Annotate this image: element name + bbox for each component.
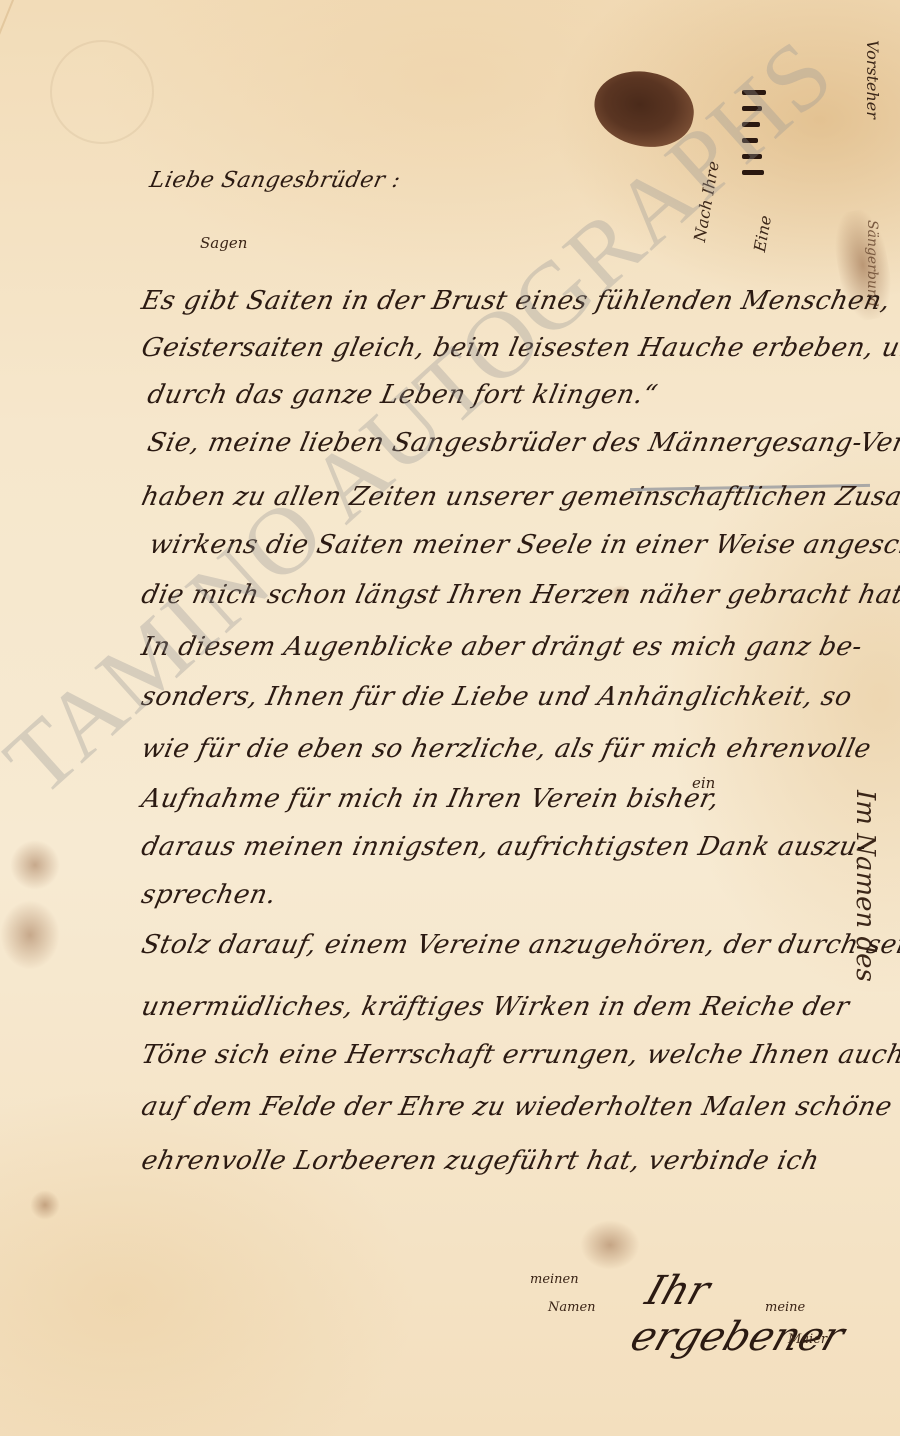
body-line: unermüdliches, kräftiges Wirken in dem R…: [139, 992, 852, 1022]
closing-word: Namen: [548, 1300, 596, 1315]
body-line: Sie, meine lieben Sangesbrüder des Männe…: [145, 428, 900, 458]
margin-note-eine: Eine: [750, 214, 775, 253]
stain: [0, 900, 60, 970]
body-line: Aufnahme für mich in Ihren Verein bisher…: [139, 784, 722, 814]
margin-note-nach-ihre: Nach Ihre: [690, 160, 723, 244]
body-line: die mich schon längst Ihren Herzen näher…: [139, 580, 900, 610]
salutation: Liebe Sangesbrüder :: [147, 168, 403, 193]
body-line: durch das ganze Leben fort klingen.“: [145, 380, 660, 410]
closing-word: meinen: [530, 1272, 579, 1287]
letter-page: Vorsteher Nach Ihre Eine Sängerbund Im N…: [0, 0, 900, 1436]
interlinear-note: Sagen: [200, 234, 247, 252]
tally-marks: [742, 90, 766, 186]
closing-word: meine: [765, 1300, 805, 1315]
body-line: haben zu allen Zeiten unserer gemeinscha…: [139, 482, 900, 512]
margin-note-vorsteher: Vorsteher: [863, 40, 882, 119]
ink-blot: [588, 64, 699, 154]
body-line: Stolz darauf, einem Vereine anzugehören,…: [139, 930, 900, 960]
body-line: Töne sich eine Herrschaft errungen, welc…: [139, 1040, 900, 1070]
body-line: Es gibt Saiten in der Brust eines fühlen…: [139, 286, 900, 316]
body-line: wie für die eben so herzliche, als für m…: [139, 734, 874, 764]
body-line: sonders, Ihnen für die Liebe und Anhängl…: [139, 682, 855, 712]
stain: [580, 1220, 640, 1270]
paper-fold-crease: [0, 0, 22, 222]
stain: [10, 840, 60, 890]
signature: Ihr ergebener: [625, 1268, 900, 1360]
embossed-stamp: [50, 40, 154, 144]
body-line: sprechen.: [139, 880, 279, 910]
stain: [30, 1190, 60, 1220]
body-line: Geistersaiten gleich, beim leisesten Hau…: [139, 333, 900, 363]
body-line: daraus meinen innigsten, aufrichtigsten …: [139, 832, 869, 862]
closing-word: Maier: [788, 1332, 827, 1347]
body-line: auf dem Felde der Ehre zu wiederholten M…: [139, 1092, 895, 1122]
body-line: ehrenvolle Lorbeeren zugeführt hat, verb…: [139, 1146, 822, 1176]
body-line: In diesem Augenblicke aber drängt es mic…: [139, 632, 865, 662]
body-line: wirkens die Saiten meiner Seele in einer…: [147, 530, 900, 560]
